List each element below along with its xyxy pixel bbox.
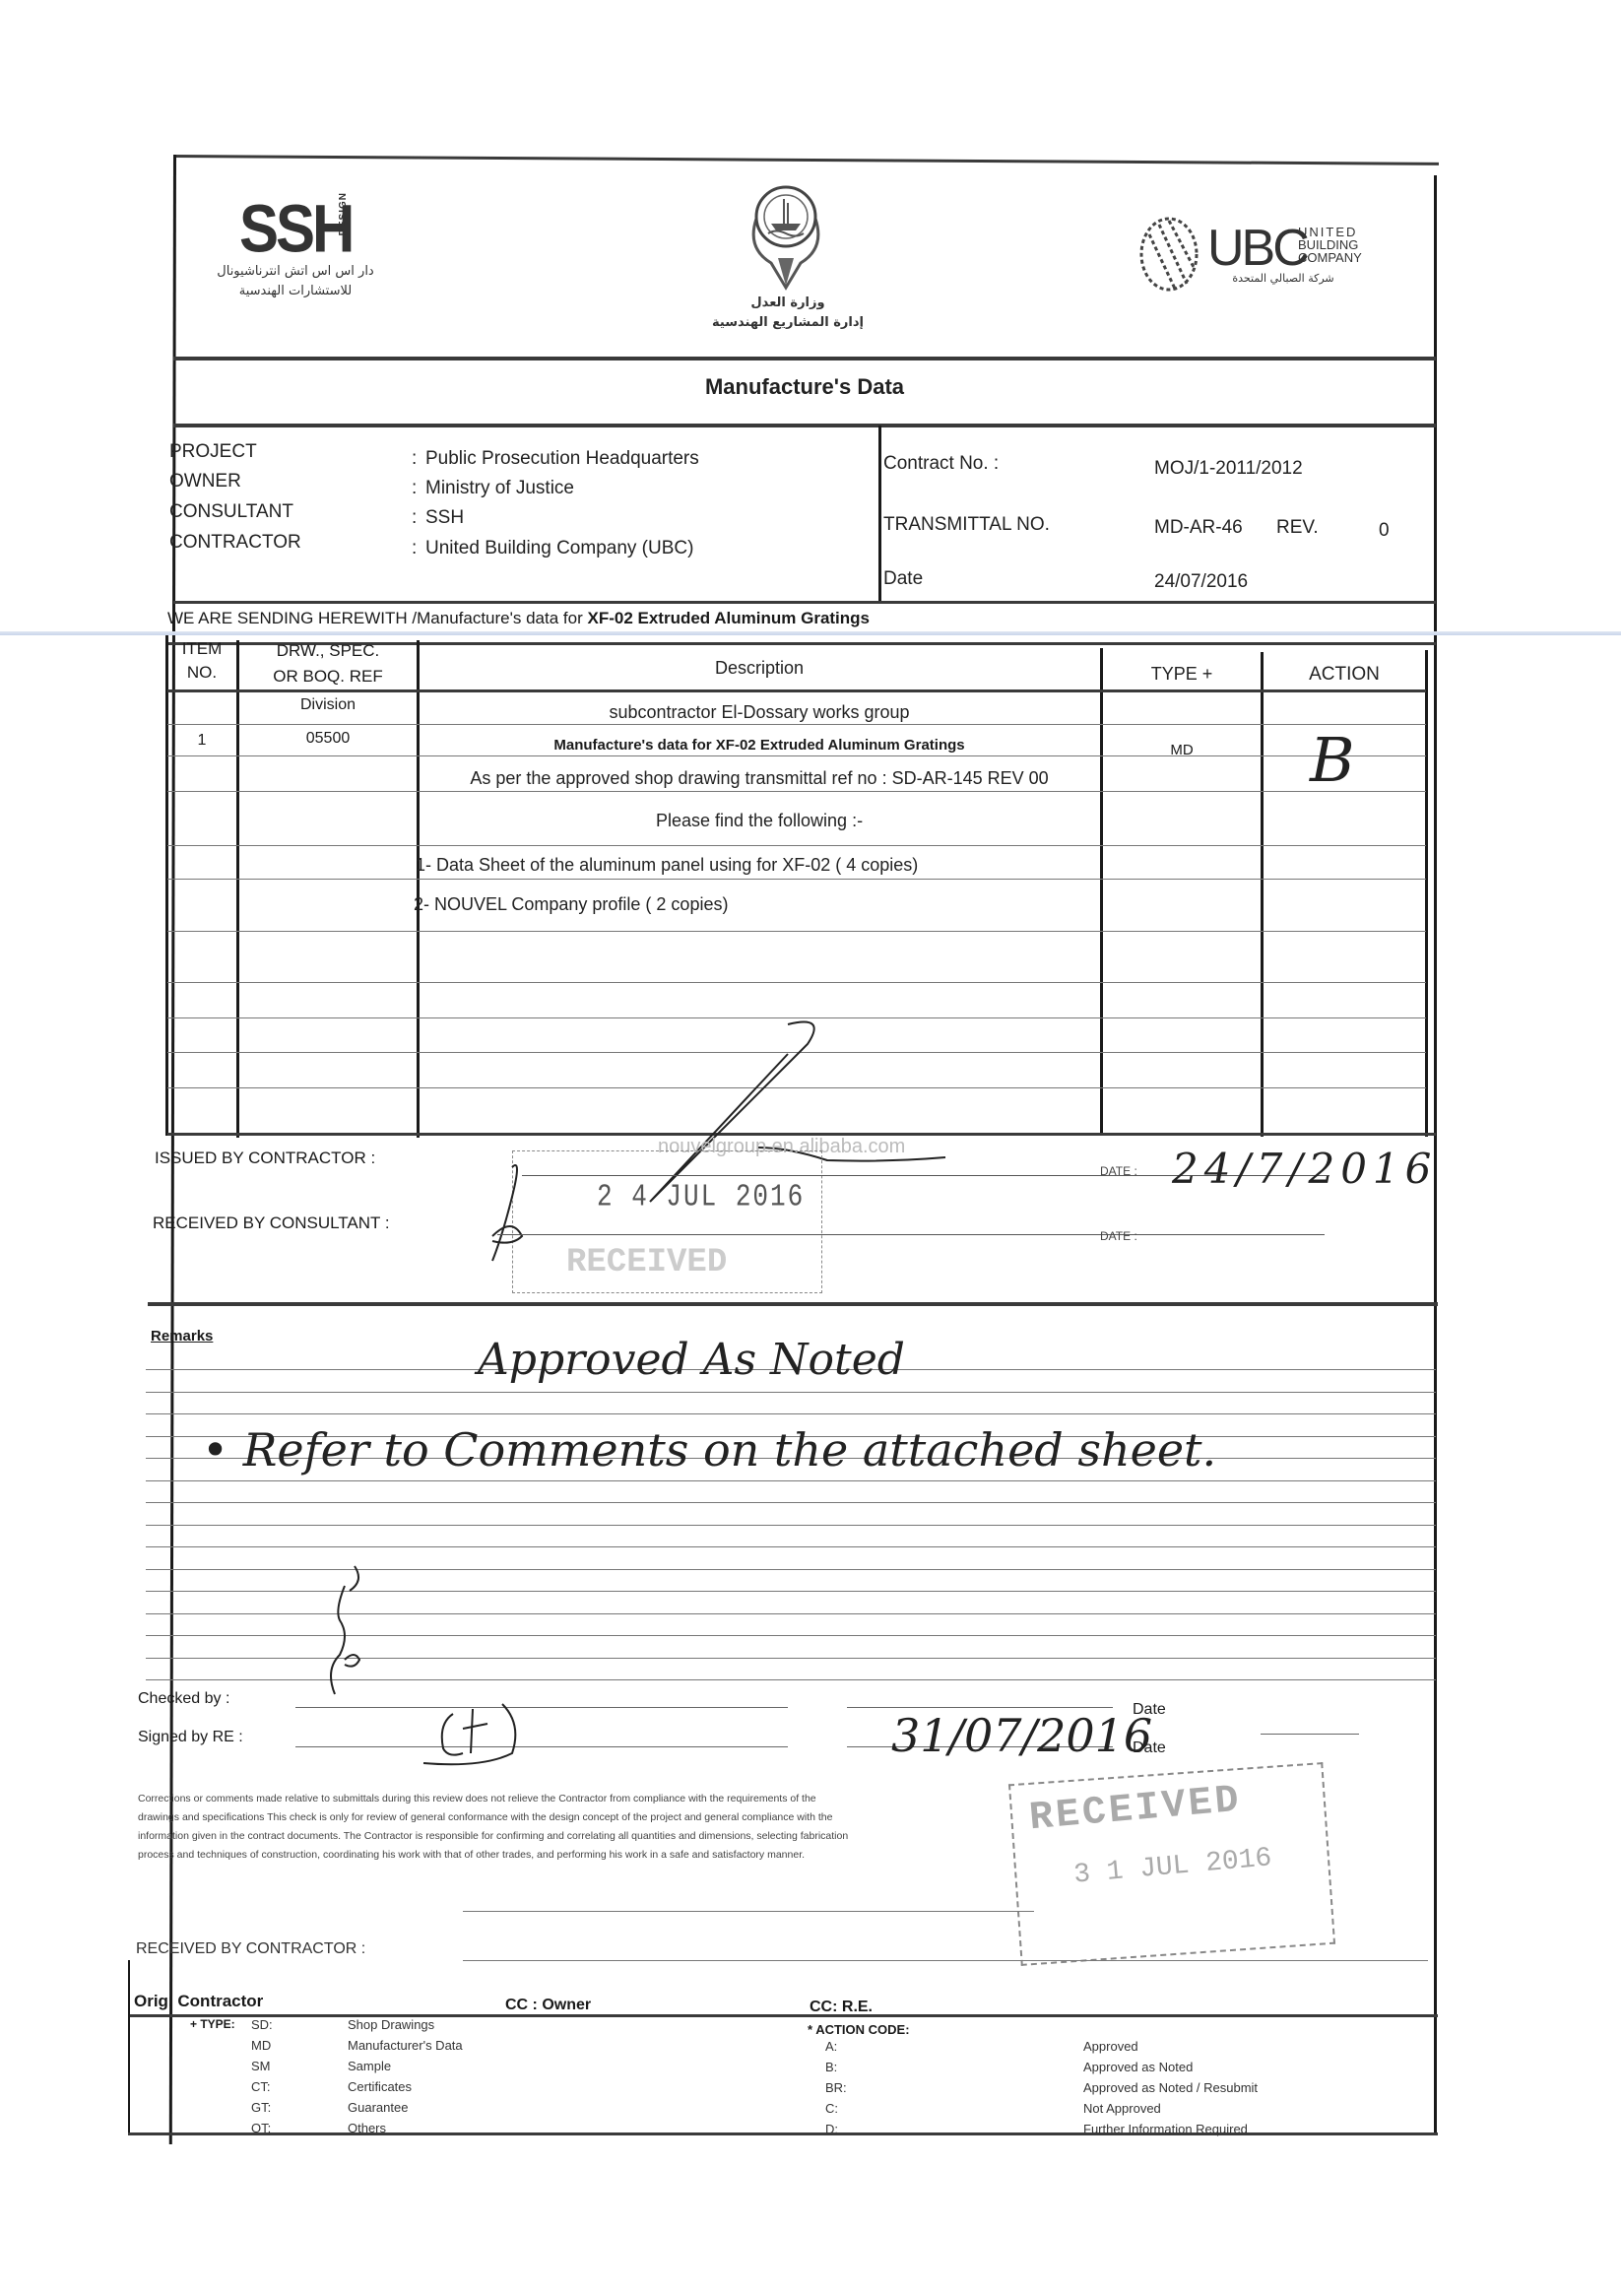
type-label: Others — [348, 2121, 386, 2135]
col-header-ref: DRW., SPEC. OR BOQ. REF — [239, 638, 417, 689]
received-by-contractor-line — [463, 1960, 1428, 1961]
owner-colon: : — [412, 478, 417, 499]
issued-by-contractor-label: ISSUED BY CONTRACTOR : — [155, 1148, 375, 1168]
sending-prefix: WE ARE SENDING HEREWITH /Manufacture's d… — [167, 609, 587, 627]
project-value: Public Prosecution Headquarters — [425, 448, 699, 470]
sending-herewith: WE ARE SENDING HEREWITH /Manufacture's d… — [167, 609, 870, 628]
table-col-left — [165, 635, 168, 1136]
row-2-description: As per the approved shop drawing transmi… — [420, 768, 1099, 789]
checked-date-line — [847, 1707, 1113, 1708]
ubc-arabic-name: شركة الصبالي المتحدة — [1200, 272, 1367, 285]
row-line — [167, 982, 1426, 983]
consultant-initials-icon — [473, 1157, 551, 1266]
type-code: OT: — [251, 2121, 348, 2135]
page-title: Manufacture's Data — [173, 374, 1436, 400]
issued-date-label: DATE : — [1100, 1164, 1137, 1178]
ubc-sub-3: COMPANY — [1298, 251, 1362, 264]
action-label: Approved as Noted — [1083, 2060, 1193, 2074]
col-header-description: Description — [420, 658, 1099, 679]
issued-section-bottom — [148, 1302, 1438, 1306]
info-bottom-divider — [173, 601, 1436, 604]
info-divider — [878, 426, 881, 601]
contract-no-label: Contract No. : — [883, 453, 999, 475]
row-line — [167, 791, 1426, 792]
action-code: D: — [825, 2122, 1083, 2136]
action-code: A: — [825, 2039, 1083, 2054]
action-label: Approved — [1083, 2039, 1138, 2054]
type-code: MD — [251, 2038, 348, 2053]
col-header-item: ITEM NO. — [167, 637, 236, 685]
consultant-value: SSH — [425, 507, 464, 529]
disclaimer-line-2: drawings and specifications This check i… — [138, 1808, 848, 1827]
row-line — [167, 879, 1426, 880]
remarks-line — [146, 1413, 1436, 1414]
row-1-item: 1 — [167, 732, 236, 750]
received-by-consultant-label: RECEIVED BY CONSULTANT : — [153, 1214, 390, 1233]
col-header-action: ACTION — [1264, 664, 1425, 686]
moj-arabic-sub: إدارة المشاريع الهندسية — [709, 315, 867, 330]
type-legend-item: SD:Shop Drawings — [251, 2017, 434, 2032]
project-colon: : — [412, 448, 417, 470]
type-code: GT: — [251, 2100, 348, 2115]
row-line — [167, 931, 1426, 932]
item-header-2: NO. — [167, 661, 236, 685]
row-5-description: 2- NOUVEL Company profile ( 2 copies) — [414, 894, 728, 915]
action-legend-item: C:Not Approved — [825, 2101, 1161, 2116]
remarks-line — [146, 1525, 1436, 1526]
row-1-action-handwritten: B — [1310, 724, 1355, 796]
disclaimer-line-3: information given in the contract docume… — [138, 1827, 848, 1846]
consultant-label: CONSULTANT — [169, 501, 293, 523]
received-signature-line — [497, 1234, 1325, 1235]
row-0-ref: Division — [239, 696, 417, 714]
type-code: CT: — [251, 2079, 348, 2094]
contractor-colon: : — [412, 538, 417, 559]
row-1-type: MD — [1103, 742, 1261, 758]
rev-label: REV. — [1276, 517, 1319, 539]
disclaimer-sign-line — [463, 1911, 1034, 1912]
remarks-line — [146, 1480, 1436, 1481]
orig-contractor: Orig. Contractor — [134, 1992, 263, 2011]
row-line — [167, 724, 1426, 725]
received-by-contractor-label: RECEIVED BY CONTRACTOR : — [136, 1940, 365, 1958]
contract-no-value: MOJ/1-2011/2012 — [1154, 458, 1303, 480]
issued-date-handwritten: 24/7/2016 — [1172, 1145, 1437, 1193]
action-legend-item: B:Approved as Noted — [825, 2060, 1193, 2074]
action-code: B: — [825, 2060, 1083, 2074]
remarks-handwritten-line2: • Refer to Comments on the attached shee… — [202, 1423, 1216, 1476]
type-legend-item: MDManufacturer's Data — [251, 2038, 463, 2053]
title-divider — [173, 424, 1436, 427]
signed-date-handwritten: 31/07/2016 — [891, 1709, 1152, 1762]
transmittal-value: MD-AR-46 — [1154, 517, 1243, 539]
date-value: 24/07/2016 — [1154, 571, 1248, 593]
action-code: BR: — [825, 2080, 1083, 2095]
remarks-line — [146, 1502, 1436, 1503]
table-col-item — [236, 640, 239, 1138]
consultant-stamp-date: 2 4 JUL 2016 — [597, 1179, 805, 1214]
action-legend-item: A:Approved — [825, 2039, 1138, 2054]
type-legend-item: SMSample — [251, 2059, 391, 2073]
owner-label: OWNER — [169, 471, 241, 492]
date-line-extra — [1261, 1734, 1359, 1735]
disclaimer-text: Corrections or comments made relative to… — [138, 1790, 848, 1865]
action-code: C: — [825, 2101, 1083, 2116]
transmittal-label: TRANSMITTAL NO. — [883, 514, 1050, 536]
ssh-logo: SSH — [239, 189, 352, 267]
action-legend-title: * ACTION CODE: — [808, 2022, 910, 2037]
action-legend-item: BR:Approved as Noted / Resubmit — [825, 2080, 1258, 2095]
owner-value: Ministry of Justice — [425, 478, 574, 499]
ubc-globe-icon — [1135, 215, 1202, 294]
legend-left — [128, 1960, 130, 2132]
type-label: Shop Drawings — [348, 2017, 434, 2032]
type-legend-item: CT:Certificates — [251, 2079, 412, 2094]
row-1-description: Manufacture's data for XF-02 Extruded Al… — [420, 737, 1099, 754]
item-header-1: ITEM — [167, 637, 236, 661]
consultant-stamp-word: RECEIVED — [566, 1244, 727, 1281]
type-code: SM — [251, 2059, 348, 2073]
sending-subject: XF-02 Extruded Aluminum Gratings — [587, 609, 870, 627]
contractor-label: CONTRACTOR — [169, 532, 301, 554]
type-code: SD: — [251, 2017, 348, 2032]
received-date-label: DATE : — [1100, 1229, 1137, 1243]
ssh-arabic-sub: للاستشارات الهندسية — [217, 284, 374, 298]
ref-header-1: DRW., SPEC. — [239, 638, 417, 664]
row-1-ref: 05500 — [239, 730, 417, 748]
remarks-line — [146, 1546, 1436, 1547]
arabic-signature-icon — [315, 1561, 384, 1699]
transmittal-form: SSH DESIGN دار اس اس اتش انترناشيونال لل… — [0, 0, 1621, 2296]
scan-artifact — [0, 631, 1621, 635]
header-divider — [173, 357, 1436, 361]
ubc-logo-text: UBC — [1207, 219, 1307, 278]
type-label: Manufacturer's Data — [348, 2038, 463, 2053]
type-legend-item: GT:Guarantee — [251, 2100, 408, 2115]
action-label: Not Approved — [1083, 2101, 1161, 2116]
ubc-subtitle: UNITED BUILDING COMPANY — [1298, 226, 1362, 264]
disclaimer-line-1: Corrections or comments made relative to… — [138, 1790, 848, 1808]
contractor-value: United Building Company (UBC) — [425, 538, 693, 559]
action-label: Further Information Required — [1083, 2122, 1248, 2136]
project-label: PROJECT — [169, 441, 257, 463]
consultant-colon: : — [412, 507, 417, 529]
ref-header-2: OR BOQ. REF — [239, 664, 417, 689]
table-col-desc — [1100, 648, 1103, 1136]
type-label: Sample — [348, 2059, 391, 2073]
row-line — [167, 845, 1426, 846]
row-4-description: 1- Data Sheet of the aluminum panel usin… — [416, 855, 918, 876]
checked-by-label: Checked by : — [138, 1690, 229, 1708]
row-0-description: subcontractor El-Dossary works group — [420, 702, 1099, 723]
type-legend-title: + TYPE: — [190, 2017, 235, 2031]
ssh-arabic-name: دار اس اس اتش انترناشيونال — [217, 264, 374, 279]
type-legend-item: OT:Others — [251, 2121, 386, 2135]
action-label: Approved as Noted / Resubmit — [1083, 2080, 1258, 2095]
moj-arabic-name: وزارة العدل — [709, 295, 867, 310]
remarks-handwritten-line1: Approved As Noted — [478, 1335, 905, 1385]
date-label: Date — [883, 568, 923, 590]
action-legend-item: D:Further Information Required — [825, 2122, 1248, 2136]
frame-top — [173, 155, 1439, 165]
type-label: Certificates — [348, 2079, 412, 2094]
col-header-type: TYPE + — [1103, 664, 1261, 685]
disclaimer-line-4: process and techniques of construction, … — [138, 1846, 848, 1865]
table-header-divider — [167, 689, 1426, 692]
remarks-line — [146, 1392, 1436, 1393]
ssh-design-label: DESIGN — [338, 192, 349, 235]
remarks-label: Remarks — [151, 1328, 213, 1345]
signed-by-re-label: Signed by RE : — [138, 1729, 243, 1746]
cc-owner: CC : Owner — [505, 1997, 591, 2014]
re-signature-icon — [414, 1694, 561, 1773]
rev-value: 0 — [1379, 520, 1390, 542]
kuwait-emblem-icon — [737, 179, 835, 297]
type-label: Guarantee — [348, 2100, 408, 2115]
row-3-description: Please find the following :- — [420, 811, 1099, 831]
